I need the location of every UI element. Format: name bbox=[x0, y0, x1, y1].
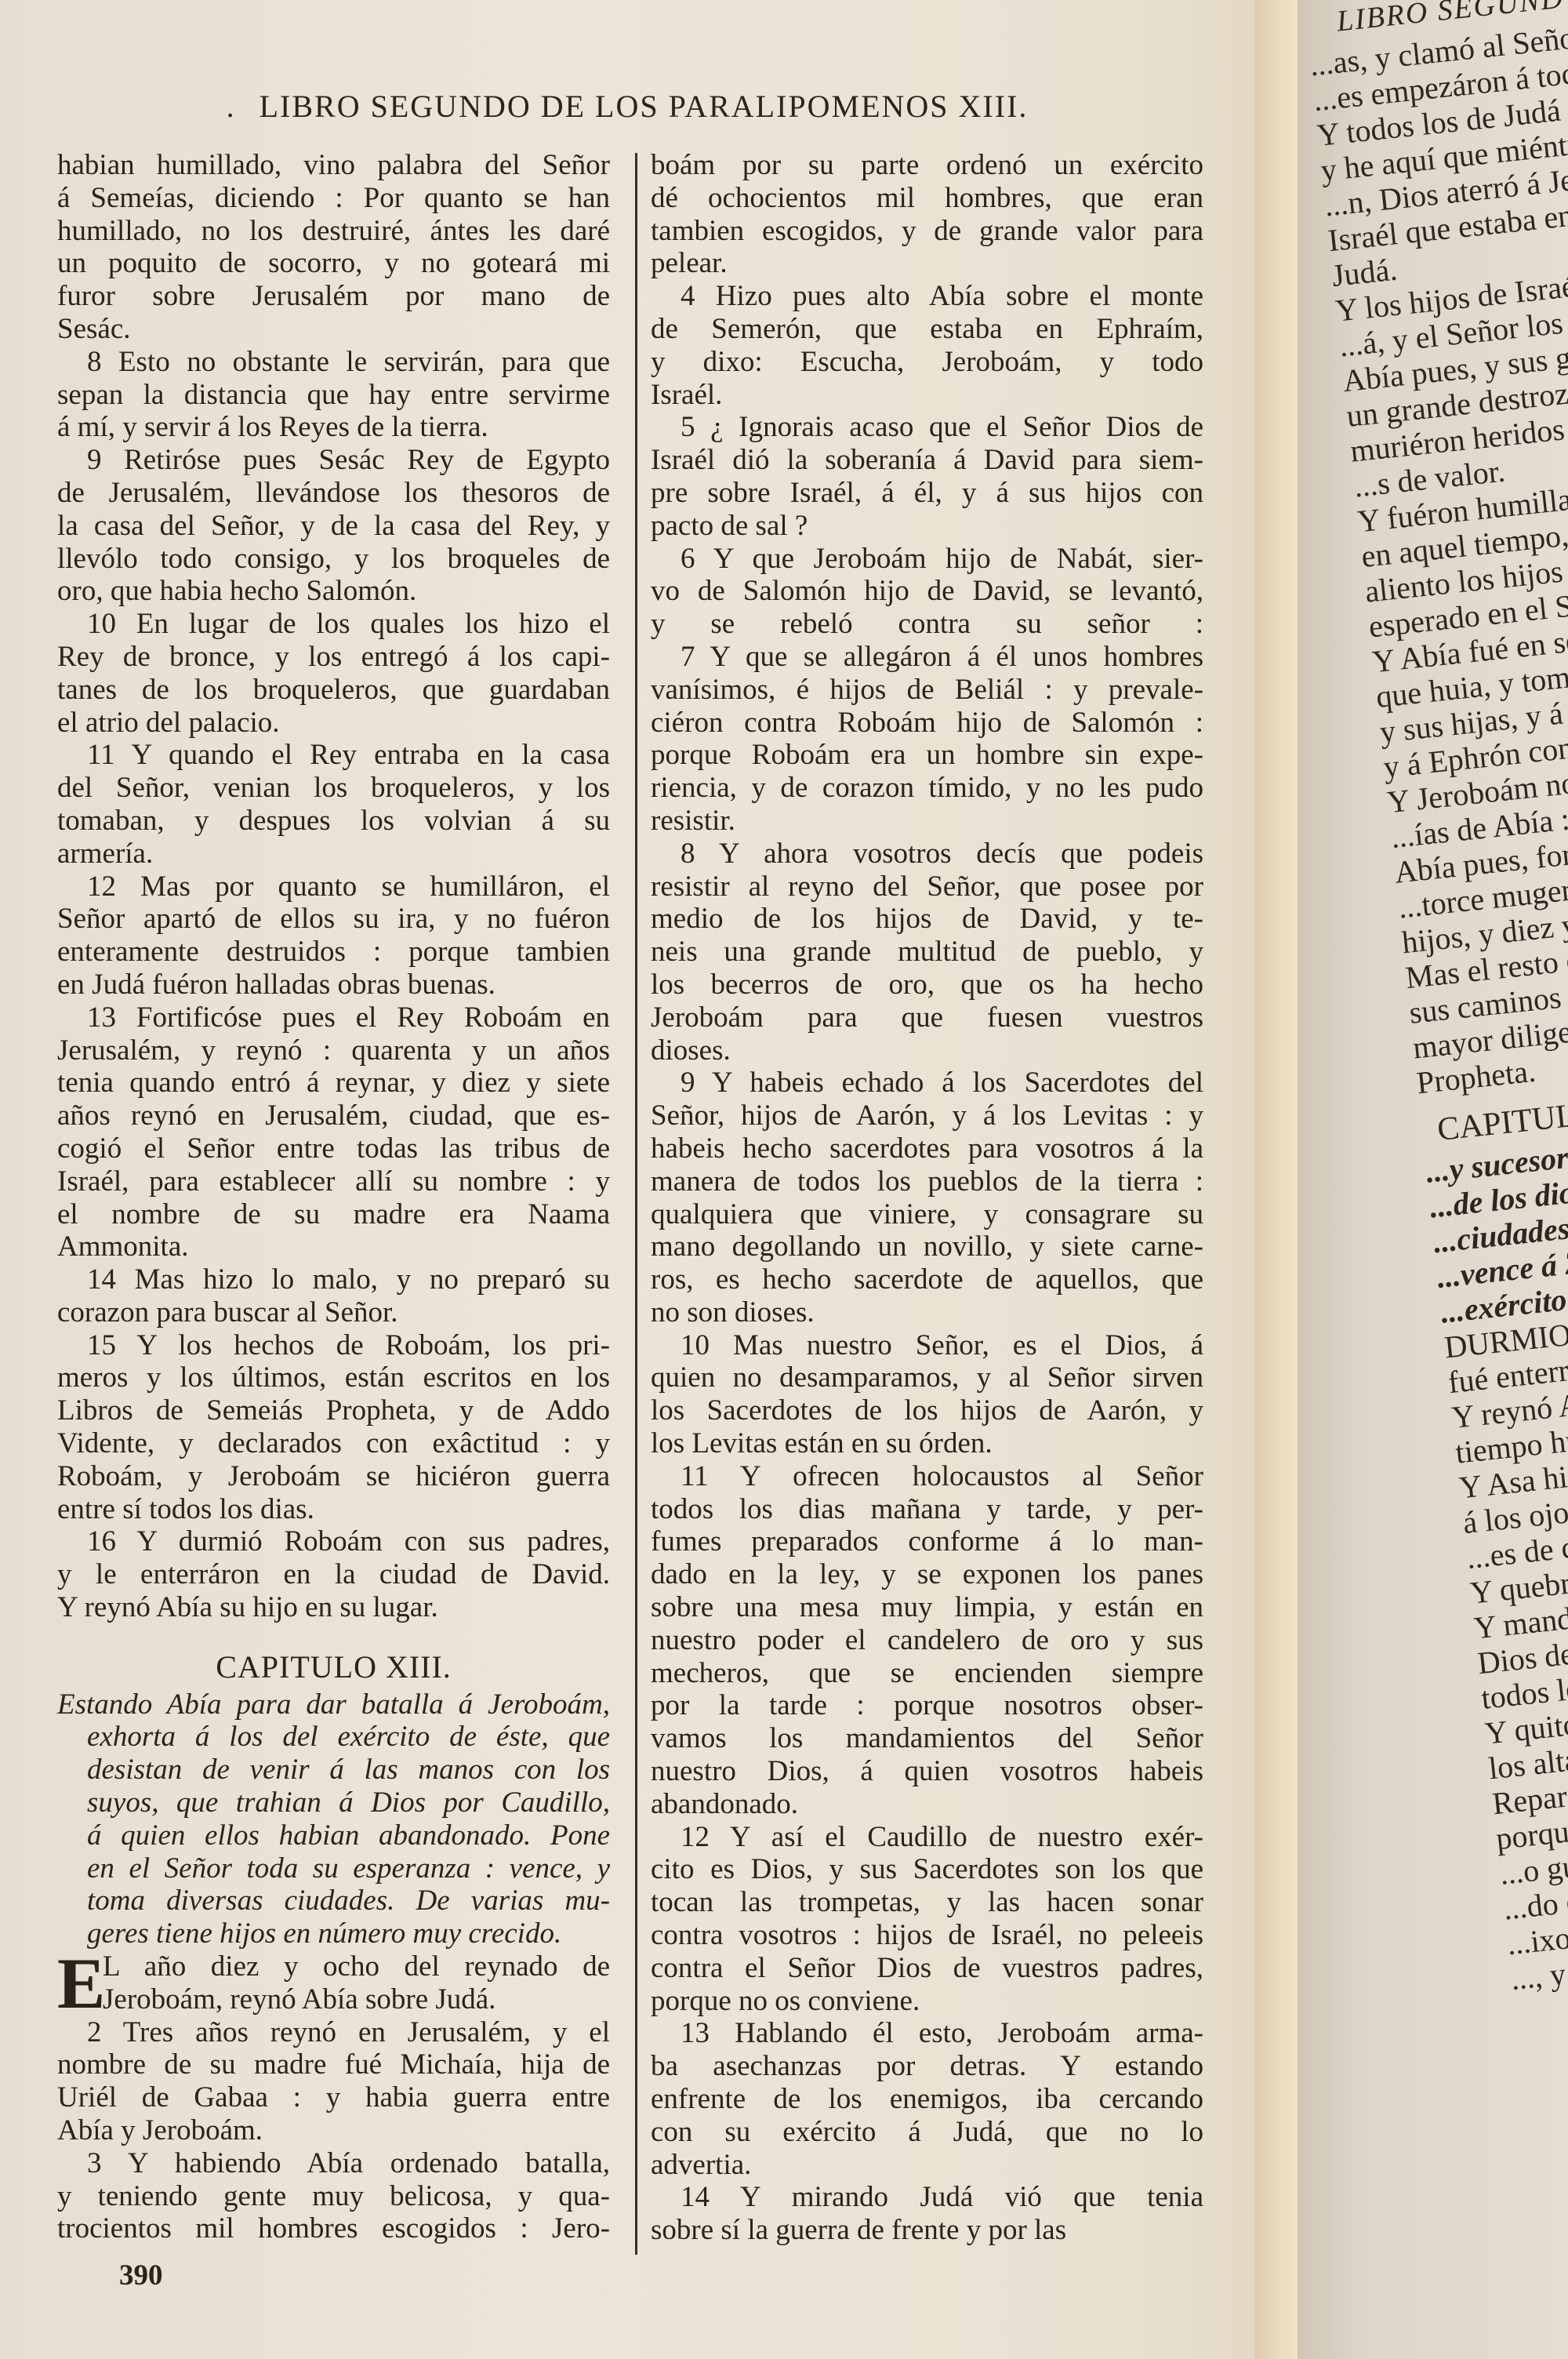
verse-line: el nombre de su madre era Naama bbox=[57, 1198, 610, 1231]
verse-line: tanes de los broqueleros, que guardaban bbox=[57, 674, 610, 707]
drop-cap-letter: E bbox=[57, 1952, 105, 2015]
verse-line: Israél. bbox=[651, 379, 1203, 412]
verse-line: advertia. bbox=[651, 2149, 1203, 2182]
verse-line: 12 Y así el Caudillo de nuestro exér- bbox=[651, 1821, 1203, 1854]
verse-line: 8 Y ahora vosotros decís que podeis bbox=[651, 838, 1203, 871]
verse-line: ba asechanzas por detras. Y estando bbox=[651, 2050, 1203, 2083]
verse-line: habeis hecho sacerdotes para vosotros á … bbox=[651, 1132, 1203, 1165]
verse-line: Sesác. bbox=[57, 313, 610, 346]
verse-line: Jeroboám, reynó Abía sobre Judá. bbox=[57, 1983, 610, 2016]
verse-line: ciéron contra Roboám hijo de Salomón : bbox=[651, 707, 1203, 740]
verse-line: de Semerón, que estaba en Ephraím, bbox=[651, 313, 1203, 346]
verse-line: armería. bbox=[57, 838, 610, 871]
verse-line: Ammonita. bbox=[57, 1230, 610, 1263]
verse-line: cito es Dios, y sus Sacerdotes son los q… bbox=[651, 1853, 1203, 1886]
verse-line: Señor apartó de ellos su ira, y no fuéro… bbox=[57, 903, 610, 936]
verse-line: Señor, hijos de Aarón, y á los Levitas :… bbox=[651, 1100, 1203, 1132]
left-page: . LIBRO SEGUNDO DE LOS PARALIPOMENOS XII… bbox=[0, 0, 1286, 2359]
verse-line: 13 Fortificóse pues el Rey Roboám en bbox=[57, 1001, 610, 1034]
verse-line: nombre de su madre fué Michaía, hija de bbox=[57, 2048, 610, 2081]
verse-line: tambien escogidos, y de grande valor par… bbox=[651, 215, 1203, 248]
verse-line: nuestro poder el candelero de oro y sus bbox=[651, 1624, 1203, 1657]
verse-line: el atrio del palacio. bbox=[57, 707, 610, 740]
verse-line: contra el Señor Dios de vuestros padres, bbox=[651, 1952, 1203, 1985]
verse-line: ros, es hecho sacerdote de aquellos, que bbox=[651, 1263, 1203, 1296]
verse-line: abandonado. bbox=[651, 1788, 1203, 1821]
verse-line: años reynó en Jerusalém, ciudad, que es- bbox=[57, 1100, 610, 1132]
verse-line: y dixo: Escucha, Jeroboám, y todo bbox=[651, 346, 1203, 379]
running-head-dot: . bbox=[227, 89, 236, 124]
summary-line: geres tiene hijos en número muy crecido. bbox=[57, 1917, 610, 1950]
verse-line: los Sacerdotes de los hijos de Aarón, y bbox=[651, 1394, 1203, 1427]
running-head: . LIBRO SEGUNDO DE LOS PARALIPOMENOS XII… bbox=[172, 88, 1082, 125]
verse-line: enteramente destruidos : porque tambien bbox=[57, 936, 610, 969]
verse-line: Jerusalém, y reynó : quarenta y un años bbox=[57, 1034, 610, 1067]
verse-line: cogió el Señor entre todas las tribus de bbox=[57, 1132, 610, 1165]
verse-line: 14 Y mirando Judá vió que tenia bbox=[651, 2181, 1203, 2214]
facing-page-text: LIBRO SEGUND ...as, y clamó al Señor : y… bbox=[1304, 0, 1568, 1997]
verse-line: con su exército á Judá, que no lo bbox=[651, 2116, 1203, 2149]
verse-line: tenia quando entró á reynar, y diez y si… bbox=[57, 1067, 610, 1100]
verse-line: mecheros, que se encienden siempre bbox=[651, 1657, 1203, 1690]
verse-line: vamos los mandamientos del Señor bbox=[651, 1722, 1203, 1755]
verse-line: contra vosotros : hijos de Israél, no pe… bbox=[651, 1919, 1203, 1952]
verse-line: entre sí todos los dias. bbox=[57, 1493, 610, 1526]
verse-line: pacto de sal ? bbox=[651, 510, 1203, 543]
verse-line: manera de todos los pueblos de la tierra… bbox=[651, 1165, 1203, 1198]
verse-line: tocan las trompetas, y las hacen sonar bbox=[651, 1886, 1203, 1919]
summary-line: suyos, que trahian á Dios por Caudillo, bbox=[57, 1787, 610, 1819]
verse-line: de Jerusalém, llevándose los thesoros de bbox=[57, 477, 610, 510]
verse-line: 5 ¿ Ignorais acaso que el Señor Dios de bbox=[651, 411, 1203, 444]
verse-line: sepan la distancia que hay entre servirm… bbox=[57, 379, 610, 412]
dropcap-line-text: L año diez y ocho del reynado de bbox=[57, 1950, 610, 1983]
summary-line: exhorta á los del exército de éste, que bbox=[57, 1721, 610, 1754]
verse-line: 10 En lugar de los quales los hizo el bbox=[57, 608, 610, 641]
dropcap-line: EL año diez y ocho del reynado de bbox=[57, 1950, 610, 1983]
verse-line: vanísimos, é hijos de Beliál : y prevale… bbox=[651, 674, 1203, 707]
verse-line: 6 Y que Jeroboám hijo de Nabát, sier- bbox=[651, 543, 1203, 576]
verse-line: Rey de bronce, y los entregó á los capi- bbox=[57, 641, 610, 674]
verse-line: porque no os conviene. bbox=[651, 1985, 1203, 2018]
verse-line: del Señor, venian los broqueleros, y los bbox=[57, 772, 610, 805]
verse-line: porque Roboám era un hombre sin expe- bbox=[651, 739, 1203, 772]
verse-line: y le enterráron en la ciudad de David. bbox=[57, 1558, 610, 1591]
verse-line: á mí, y servir á los Reyes de la tierra. bbox=[57, 411, 610, 444]
verse-line: no son dioses. bbox=[651, 1296, 1203, 1329]
verse-line: 14 Mas hizo lo malo, y no preparó su bbox=[57, 1263, 610, 1296]
verse-line: boám por su parte ordenó un exército bbox=[651, 149, 1203, 182]
verse-line: pelear. bbox=[651, 247, 1203, 280]
verse-line: mano degollando un novillo, y siete carn… bbox=[651, 1230, 1203, 1263]
verse-line: 11 Y quando el Rey entraba en la casa bbox=[57, 739, 610, 772]
summary-line: en el Señor toda su esperanza : vence, y bbox=[57, 1852, 610, 1885]
summary-line: toma diversas ciudades. De varias mu- bbox=[57, 1885, 610, 1917]
left-column: habian humillado, vino palabra del Señor… bbox=[57, 149, 610, 2245]
verse-line: y se rebeló contra su señor : bbox=[651, 608, 1203, 641]
verse-line: resistir al reyno del Señor, que posee p… bbox=[651, 871, 1203, 903]
verse-line: dé ochocientos mil hombres, que eran bbox=[651, 182, 1203, 215]
verse-line: Jeroboám para que fuesen vuestros bbox=[651, 1001, 1203, 1034]
verse-line: neis una grande multitud de pueblo, y bbox=[651, 936, 1203, 969]
verse-line: nuestro Dios, á quien vosotros habeis bbox=[651, 1755, 1203, 1788]
verse-line: á Semeías, diciendo : Por quanto se han bbox=[57, 182, 610, 215]
chapter-summary: Estando Abía para dar batalla á Jeroboám… bbox=[57, 1688, 610, 1950]
summary-line: Estando Abía para dar batalla á Jeroboám… bbox=[57, 1688, 610, 1721]
verse-line: la casa del Señor, y de la casa del Rey,… bbox=[57, 510, 610, 543]
verse-line: resistir. bbox=[651, 805, 1203, 838]
verse-line: furor sobre Jerusalém por mano de bbox=[57, 280, 610, 313]
verse-line: Israél dió la soberanía á David para sie… bbox=[651, 444, 1203, 477]
verse-line: enfrente de los enemigos, iba cercando bbox=[651, 2083, 1203, 2116]
verse-line: 7 Y que se allegáron á él unos hombres bbox=[651, 641, 1203, 674]
verse-line: en Judá fuéron halladas obras buenas. bbox=[57, 969, 610, 1001]
verse-line: quien no desamparamos, y al Señor sirven bbox=[651, 1361, 1203, 1394]
chapter-title: CAPITULO XIII. bbox=[57, 1651, 610, 1684]
verse-line: y teniendo gente muy belicosa, y qua- bbox=[57, 2180, 610, 2213]
verse-line: Roboám, y Jeroboám se hiciéron guerra bbox=[57, 1460, 610, 1493]
verse-line: 12 Mas por quanto se humilláron, el bbox=[57, 871, 610, 903]
verse-line: 8 Esto no obstante le servirán, para que bbox=[57, 346, 610, 379]
verse-line: oro, que habia hecho Salomón. bbox=[57, 575, 610, 608]
page-number: 390 bbox=[119, 2259, 163, 2292]
summary-line: desistan de venir á las manos con los bbox=[57, 1754, 610, 1787]
verse-line: un poquito de socorro, y no goteará mi bbox=[57, 247, 610, 280]
verse-line: 4 Hizo pues alto Abía sobre el monte bbox=[651, 280, 1203, 313]
summary-line: á quien ellos habian abandonado. Pone bbox=[57, 1819, 610, 1852]
verse-line: 9 Y habeis echado á los Sacerdotes del bbox=[651, 1067, 1203, 1100]
verse-line: llevólo todo consigo, y los broqueles de bbox=[57, 543, 610, 576]
verse-line: los becerros de oro, que os ha hecho bbox=[651, 969, 1203, 1001]
verse-line: 3 Y habiendo Abía ordenado batalla, bbox=[57, 2147, 610, 2180]
running-head-title: LIBRO SEGUNDO DE LOS PARALIPOMENOS XIII. bbox=[260, 89, 1029, 124]
right-column: boám por su parte ordenó un exércitodé o… bbox=[651, 149, 1203, 2247]
verse-line: Vidente, y declarados con exâctitud : y bbox=[57, 1427, 610, 1460]
verse-line: sobre sí la guerra de frente y por las bbox=[651, 2214, 1203, 2247]
verse-line: Y reynó Abía su hijo en su lugar. bbox=[57, 1591, 610, 1624]
verse-line: qualquiera que viniere, y consagrare su bbox=[651, 1198, 1203, 1231]
chapter-body: EL año diez y ocho del reynado deJeroboá… bbox=[57, 1950, 610, 2245]
verse-line: 11 Y ofrecen holocaustos al Señor bbox=[651, 1460, 1203, 1493]
verse-line: meros y los últimos, están escritos en l… bbox=[57, 1361, 610, 1394]
verse-line: medio de los hijos de David, y te- bbox=[651, 903, 1203, 936]
verse-line: Uriél de Gabaa : y habia guerra entre bbox=[57, 2081, 610, 2114]
verse-line: 10 Mas nuestro Señor, es el Dios, á bbox=[651, 1329, 1203, 1362]
verse-line: 9 Retiróse pues Sesác Rey de Egypto bbox=[57, 444, 610, 477]
verse-line: fumes preparados conforme á lo man- bbox=[651, 1525, 1203, 1558]
verse-line: humillado, no los destruiré, ántes les d… bbox=[57, 215, 610, 248]
verse-line: Libros de Semeiás Propheta, y de Addo bbox=[57, 1394, 610, 1427]
verse-line: tomaban, y despues los volvian á su bbox=[57, 805, 610, 838]
verse-line: pre sobre Israél, á él, y á sus hijos co… bbox=[651, 477, 1203, 510]
verse-line: los Levitas están en su órden. bbox=[651, 1427, 1203, 1460]
verse-line: trocientos mil hombres escogidos : Jero- bbox=[57, 2212, 610, 2245]
verse-line: sobre una mesa muy limpia, y están en bbox=[651, 1591, 1203, 1624]
facing-page-partial: LIBRO SEGUND ...as, y clamó al Señor : y… bbox=[1298, 0, 1568, 2359]
column-divider bbox=[635, 153, 637, 2255]
verse-line: dado en la ley, y se exponen los panes bbox=[651, 1558, 1203, 1591]
verse-line: corazon para buscar al Señor. bbox=[57, 1296, 610, 1329]
verse-line: 13 Hablando él esto, Jeroboám arma- bbox=[651, 2017, 1203, 2050]
verse-line: Israél, para establecer allí su nombre :… bbox=[57, 1165, 610, 1198]
verse-line: todos los dias mañana y tarde, y per- bbox=[651, 1493, 1203, 1526]
verse-line: 15 Y los hechos de Roboám, los pri- bbox=[57, 1329, 610, 1362]
verse-line: 16 Y durmió Roboám con sus padres, bbox=[57, 1525, 610, 1558]
verse-line: vo de Salomón hijo de David, se levantó, bbox=[651, 575, 1203, 608]
verse-line: por la tarde : porque nosotros obser- bbox=[651, 1689, 1203, 1722]
verse-line: dioses. bbox=[651, 1034, 1203, 1067]
verse-line: 2 Tres años reynó en Jerusalém, y el bbox=[57, 2016, 610, 2049]
verse-line: Abía y Jeroboám. bbox=[57, 2114, 610, 2147]
verse-line: riencia, y de corazon tímido, y no les p… bbox=[651, 772, 1203, 805]
verse-line: habian humillado, vino palabra del Señor bbox=[57, 149, 610, 182]
